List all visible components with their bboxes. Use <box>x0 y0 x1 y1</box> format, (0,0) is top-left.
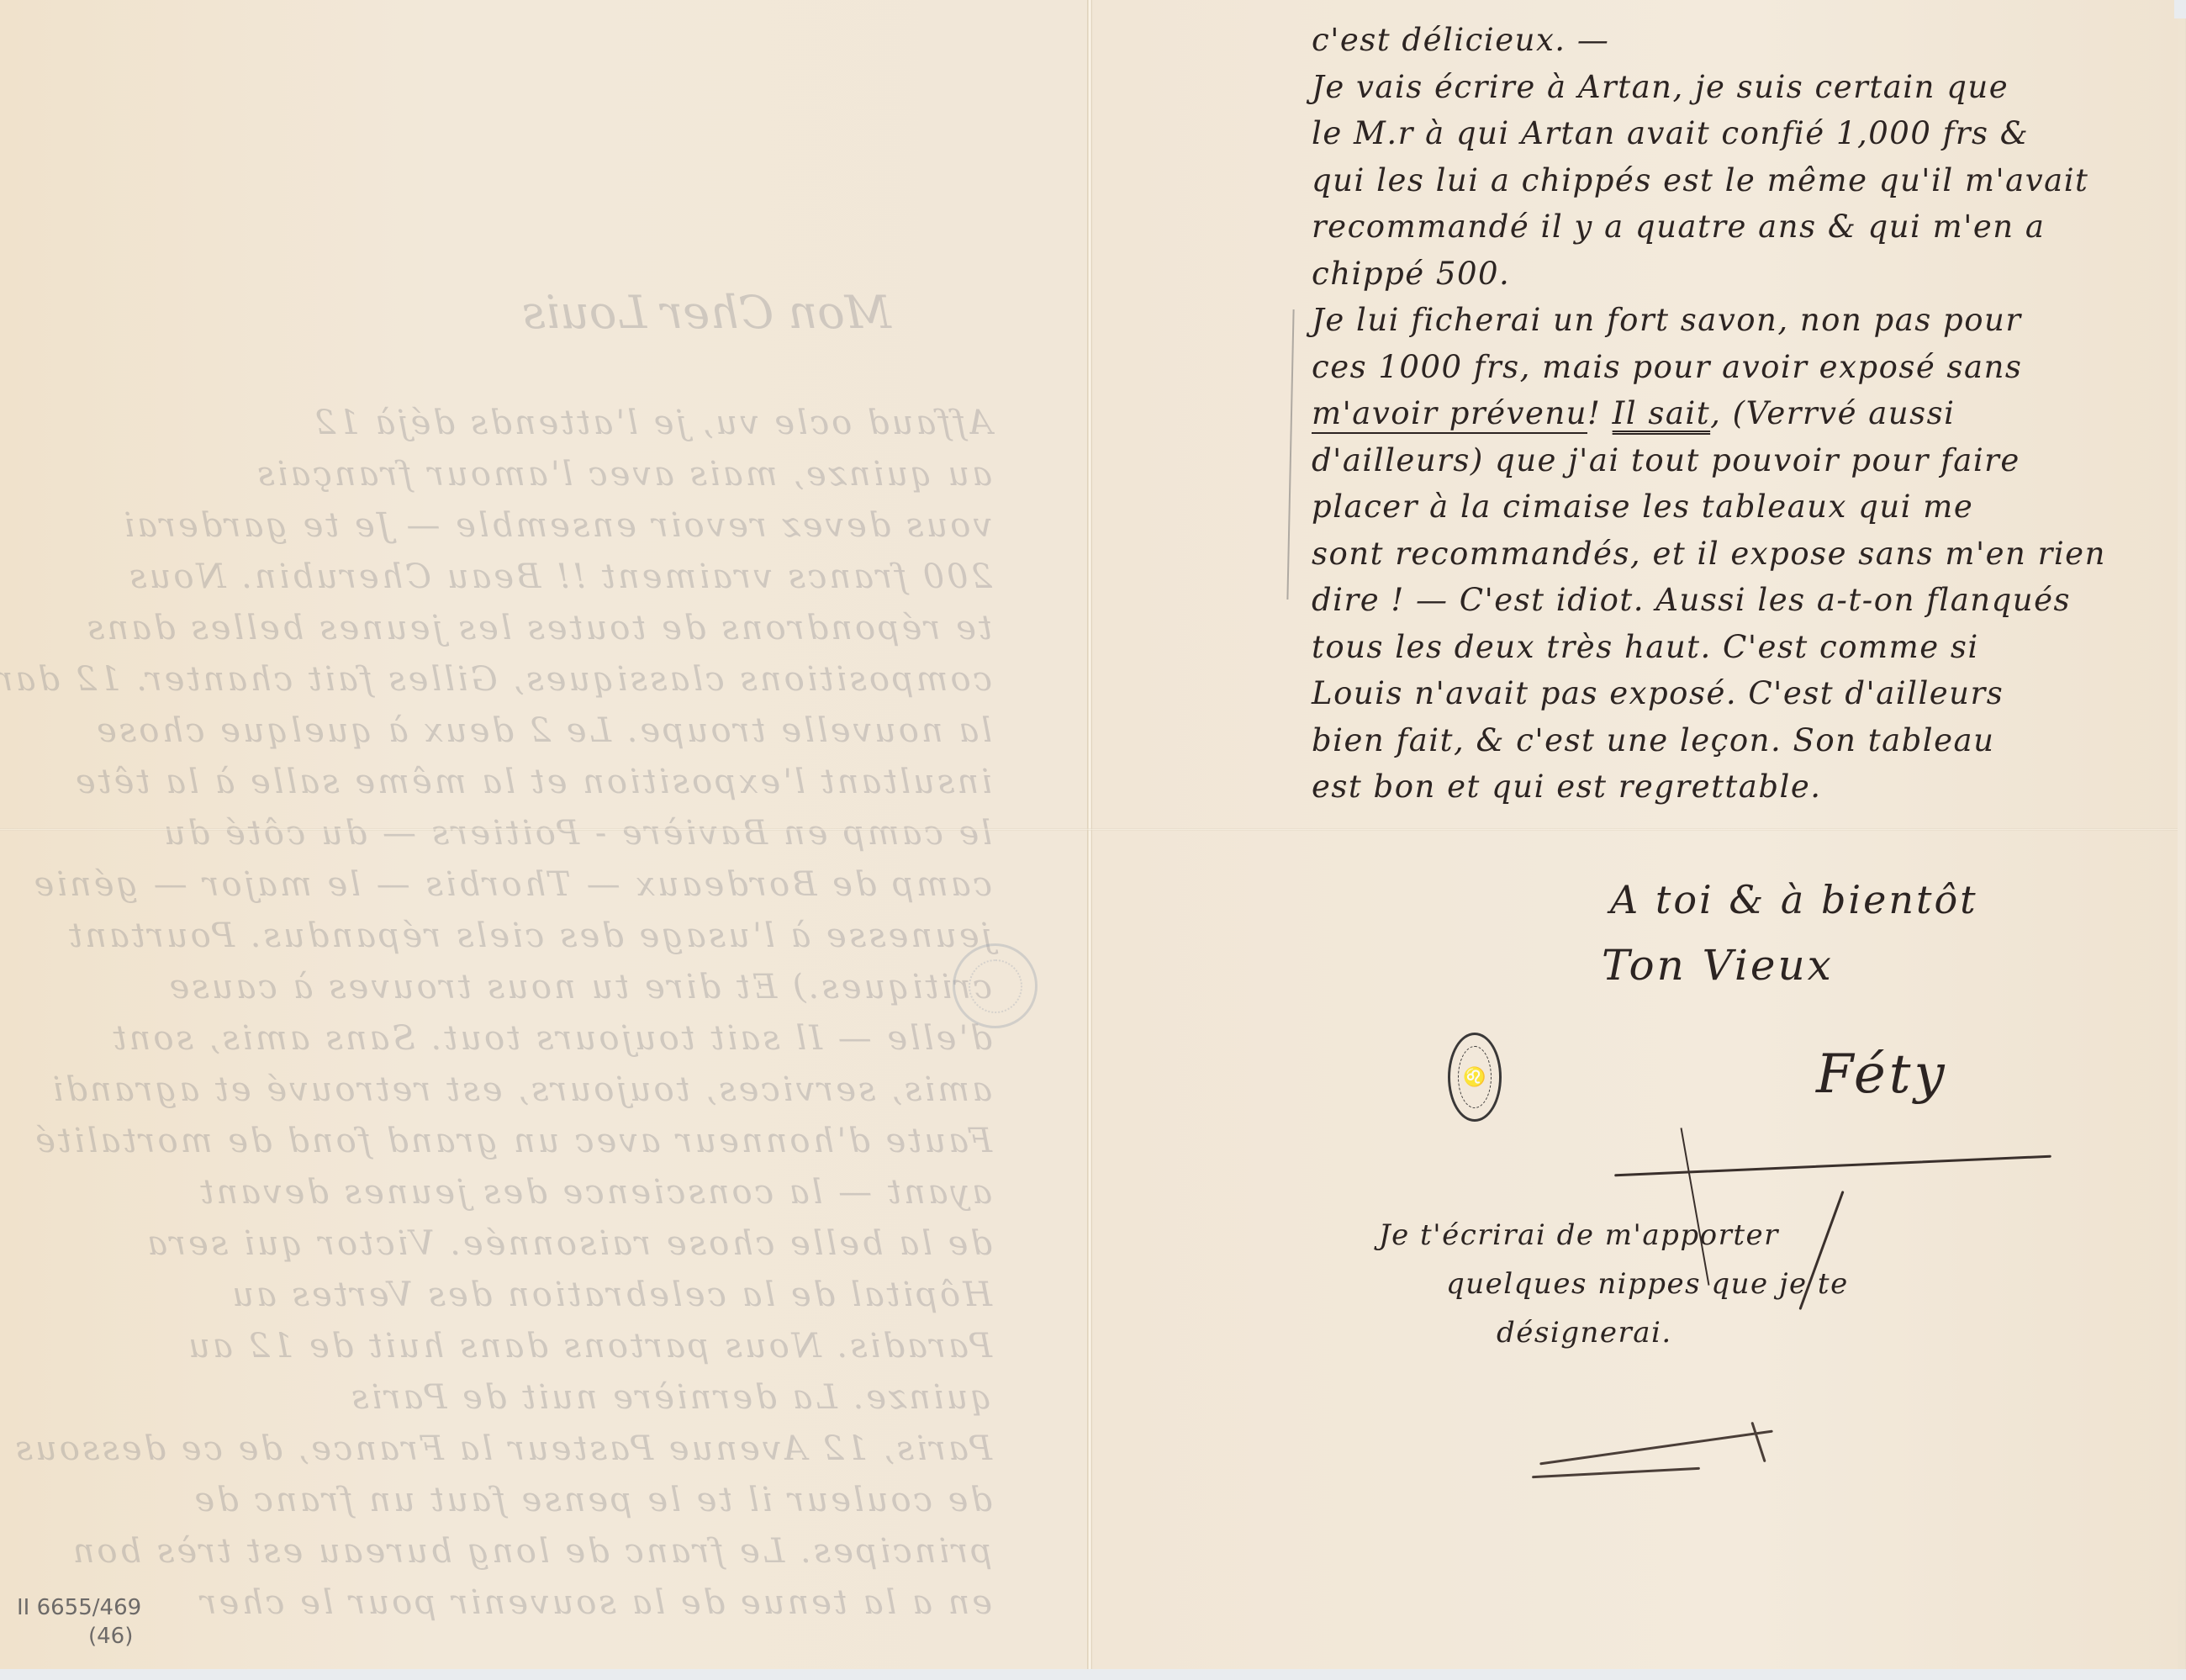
postscript: Je t'écrirai de m'apporter quelques nipp… <box>1379 1211 1900 1357</box>
body-line: sont recommandés, et il expose sans m'en… <box>1312 531 2152 578</box>
letter-scan: Mon Cher Louis Affaud ocle vu, je l'atte… <box>0 0 2186 1680</box>
library-stamp-icon: ♌ <box>1448 1033 1502 1122</box>
call-number-sub: (46) <box>17 1622 141 1651</box>
text-run: tous les deux très haut. C'est comme si <box>1312 629 1979 665</box>
bleed-line: ayant — la conscience des jeunes devant <box>252 1167 992 1218</box>
left-page: Mon Cher Louis Affaud ocle vu, je l'atte… <box>0 0 1089 1669</box>
bleed-line: de la belle chose raisonnée. Victor qui … <box>252 1218 992 1270</box>
underlined-text: m'avoir prévenu <box>1312 395 1587 431</box>
body-line: le M.r à qui Artan avait confié 1,000 fr… <box>1312 110 2152 157</box>
body-line: bien fait, & c'est une leçon. Son tablea… <box>1312 717 2152 764</box>
text-run: ! <box>1587 395 1613 431</box>
body-line: chippé 500. <box>1312 251 2152 298</box>
text-run: c'est délicieux. — <box>1312 22 1609 58</box>
body-line: m'avoir prévenu! Il sait, (Verrvé aussi <box>1312 390 2152 437</box>
bleed-line: le camp en Bavière - Poitiers — du côté … <box>252 808 992 859</box>
bleed-line: Affaud ocle vu, je l'attends déjà 12 <box>252 398 992 449</box>
bleed-line: la nouvelle troupe. Le 2 deux à quelque … <box>252 705 992 757</box>
body-line: tous les deux très haut. C'est comme si <box>1312 624 2152 671</box>
bleed-line: d'elle — Il sait toujours tout. Sans ami… <box>252 1013 992 1065</box>
body-line: recommandé il y a quatre ans & qui m'en … <box>1312 203 2152 251</box>
text-run: Louis n'avait pas exposé. C'est d'ailleu… <box>1312 675 2004 711</box>
body-line: c'est délicieux. — <box>1312 17 2152 64</box>
scan-background-strip <box>0 1669 2186 1680</box>
closing-line: Ton Vieux <box>1602 936 2140 995</box>
letter-body: c'est délicieux. — Je vais écrire à Arta… <box>1312 17 2152 811</box>
closing-line: A toi & à bientôt <box>1610 870 2140 929</box>
vertical-fold <box>1087 0 1092 1669</box>
bleed-line: Hôpital de la celebration des Vertes au <box>252 1270 992 1321</box>
call-number: II 6655/469 (46) <box>17 1593 141 1651</box>
bleed-line: camp de Bordeaux — Thorbis — le major — … <box>252 859 992 911</box>
postscript-line: quelques nippes que je te <box>1446 1260 1900 1308</box>
text-run: est bon et qui est regrettable. <box>1312 769 1822 805</box>
body-line: Louis n'avait pas exposé. C'est d'ailleu… <box>1312 670 2152 717</box>
text-run: le M.r à qui Artan avait confié 1,000 fr… <box>1312 115 2029 151</box>
bleed-line: 200 francs vraiment !! Beau Cherubin. No… <box>252 552 992 603</box>
bleed-line: amis, services, toujours, est retrouvé e… <box>252 1065 992 1116</box>
bleed-line: quinze. La dernière nuit de Paris <box>252 1372 992 1424</box>
torn-corner <box>2174 0 2186 18</box>
text-run: bien fait, & c'est une leçon. Son tablea… <box>1312 722 1994 758</box>
text-run: placer à la cimaise les tableaux qui me <box>1312 489 1973 525</box>
postscript-line: Je t'écrirai de m'apporter <box>1379 1211 1900 1260</box>
bleed-line: te répondrons de toutes les jeunes belle… <box>252 603 992 654</box>
bleed-line: Paradis. Nous partons dans huit de 12 au <box>252 1321 992 1372</box>
text-run: chippé 500. <box>1312 256 1510 292</box>
body-line: dire ! — C'est idiot. Aussi les a-t-on f… <box>1312 577 2152 624</box>
text-run: Je vais écrire à Artan, je suis certain … <box>1312 69 2009 105</box>
body-line: ces 1000 frs, mais pour avoir exposé san… <box>1312 344 2152 391</box>
body-line: placer à la cimaise les tableaux qui me <box>1312 483 2152 531</box>
bleed-greeting: Mon Cher Louis <box>252 286 891 339</box>
bleed-line: principes. Le franc de long bureau est t… <box>252 1526 992 1577</box>
text-run: Je lui ficherai un fort savon, non pas p… <box>1312 302 2022 338</box>
body-line: Je vais écrire à Artan, je suis certain … <box>1312 64 2152 111</box>
bleed-line: insultant l'exposition et la même salle … <box>252 757 992 808</box>
body-line: d'ailleurs) que j'ai tout pouvoir pour f… <box>1312 437 2152 484</box>
bleed-line: vous devez revoir ensemble — Je te garde… <box>252 500 992 552</box>
body-line: Je lui ficherai un fort savon, non pas p… <box>1312 297 2152 344</box>
body-line: qui les lui a chippés est le même qu'il … <box>1312 157 2152 204</box>
bleed-line: au quinze, mais avec l'amour français <box>252 449 992 500</box>
call-number-main: II 6655/469 <box>17 1593 141 1622</box>
signature: Féty <box>1816 1041 2140 1108</box>
bleed-line: Faute d'honneur avec un grand fond de mo… <box>252 1116 992 1167</box>
bleed-through-text: Mon Cher Louis Affaud ocle vu, je l'atte… <box>252 286 992 1629</box>
text-run: dire ! — C'est idiot. Aussi les a-t-on f… <box>1312 582 2071 618</box>
text-run: sont recommandés, et il expose sans m'en… <box>1312 536 2106 572</box>
bleed-line: jeunesse à l'usage des ciels répandus. P… <box>252 911 992 962</box>
text-run: recommandé il y a quatre ans & qui m'en … <box>1312 209 2045 245</box>
body-line: est bon et qui est regrettable. <box>1312 763 2152 811</box>
bleed-line: de couleur il te le pense faut un franc … <box>252 1475 992 1526</box>
bleed-line: critiques.) Et dire tu nous trouves à ca… <box>252 962 992 1013</box>
text-run: ces 1000 frs, mais pour avoir exposé san… <box>1312 349 2022 385</box>
library-stamp-bleed-icon <box>953 943 1038 1028</box>
lion-emblem-icon: ♌ <box>1458 1046 1492 1108</box>
text-run: , (Verrvé aussi <box>1710 395 1955 431</box>
bleed-line: compositions classiques, Gilles fait cha… <box>252 654 992 705</box>
letter-closing: A toi & à bientôt Ton Vieux Féty <box>1602 870 2140 1108</box>
double-underlined-text: Il sait <box>1613 395 1710 431</box>
horizontal-fold <box>0 828 2178 831</box>
text-run: qui les lui a chippés est le même qu'il … <box>1312 162 2088 198</box>
bleed-line: Paris, 12 Avenue Pasteur la France, de c… <box>252 1424 992 1475</box>
bleed-line: en a la tenue de la souvenir pour le che… <box>252 1577 992 1629</box>
postscript-line: désignerai. <box>1497 1308 1900 1357</box>
text-run: d'ailleurs) que j'ai tout pouvoir pour f… <box>1312 442 2020 478</box>
